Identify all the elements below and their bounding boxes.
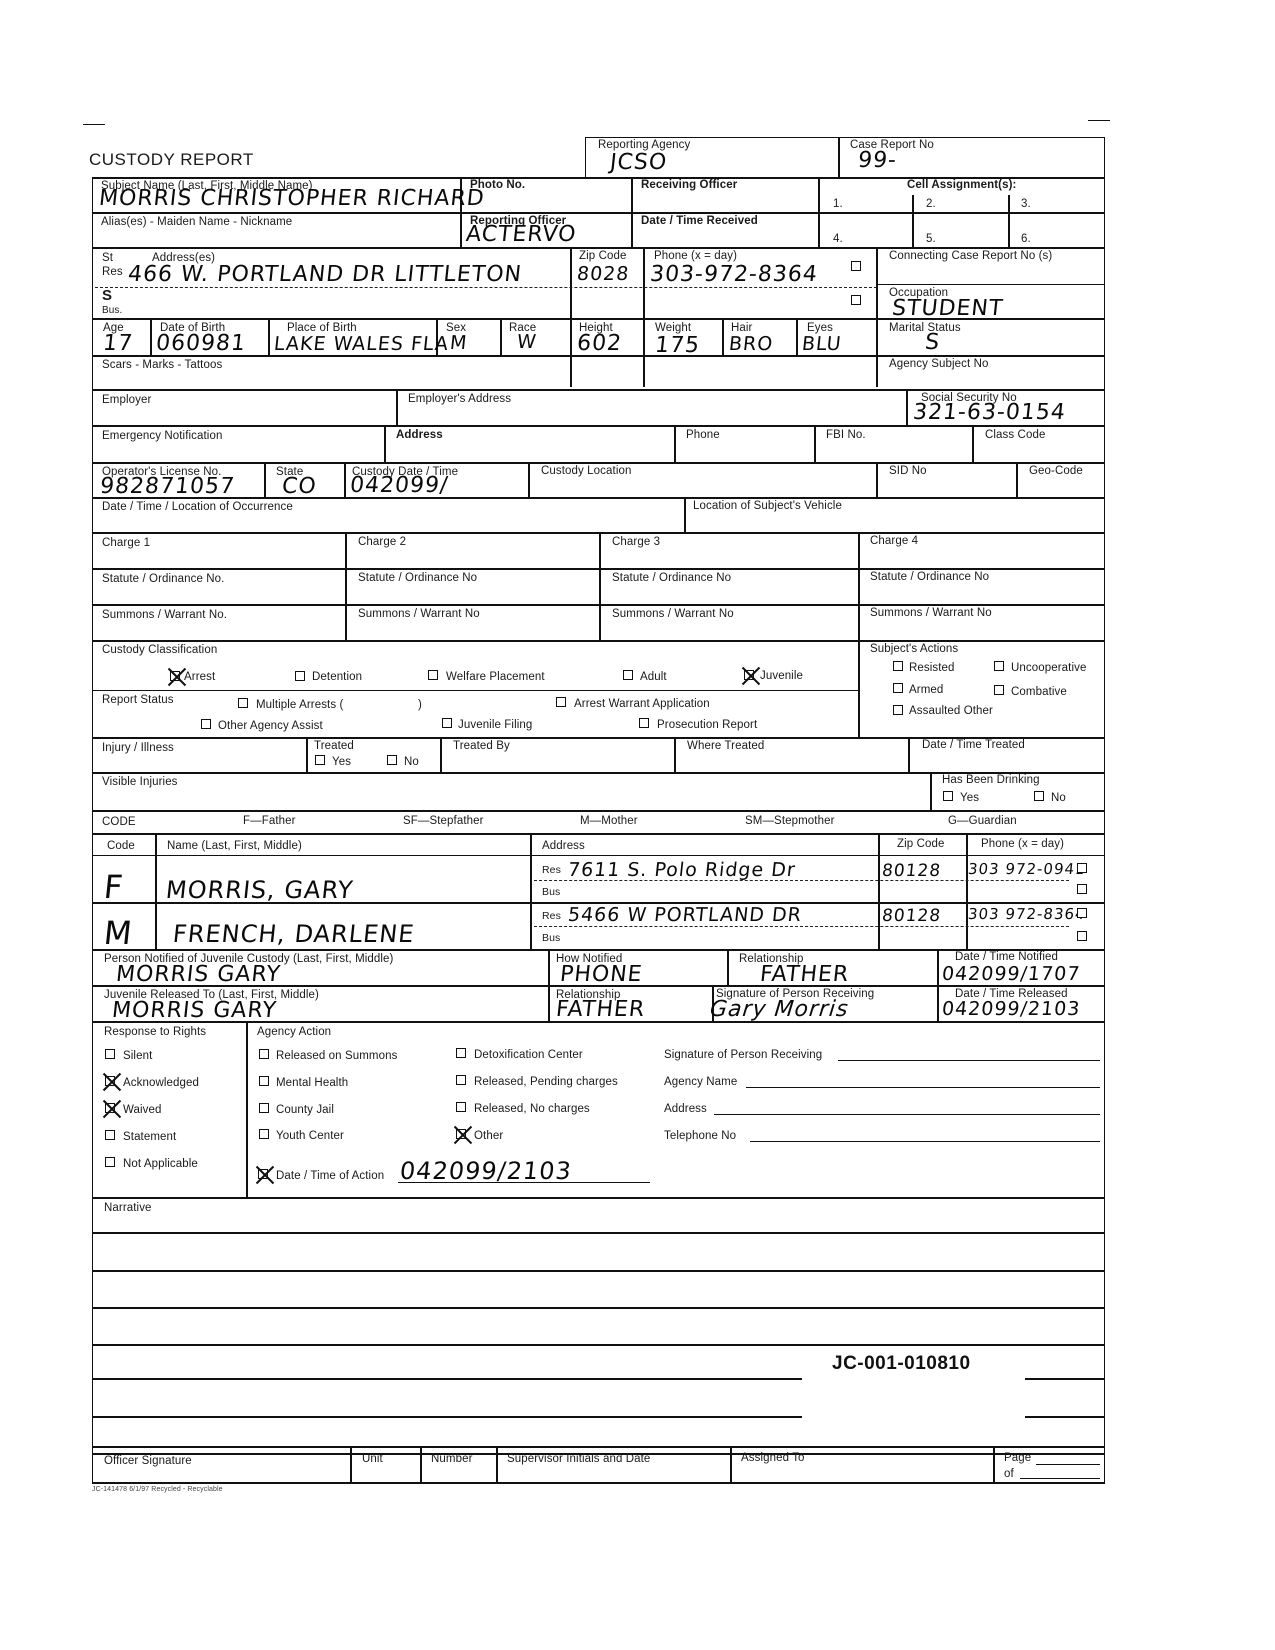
page-of-field[interactable] <box>1020 1478 1100 1479</box>
detox-center-label: Detoxification Center <box>474 1049 583 1061</box>
zip-label: Zip Code <box>579 250 626 262</box>
released-pending-label: Released, Pending charges <box>474 1076 618 1088</box>
contacts-zip-header: Zip Code <box>897 838 944 850</box>
hair-value[interactable]: BRO <box>728 333 775 355</box>
prosecution-report-label: Prosecution Report <box>657 719 757 731</box>
waived-checkbox[interactable] <box>105 1103 115 1113</box>
date-treated-label: Date / Time Treated <box>922 739 1025 751</box>
released-no-charges-checkbox[interactable] <box>456 1102 466 1112</box>
license-value[interactable]: 982871057 <box>99 474 237 499</box>
charge-1-label: Charge 1 <box>102 537 150 549</box>
silent-checkbox[interactable] <box>105 1049 115 1059</box>
charge-4-label: Charge 4 <box>870 535 918 547</box>
assigned-to-label: Assigned To <box>741 1452 805 1464</box>
assaulted-other-label: Assaulted Other <box>909 705 993 717</box>
treated-yes-checkbox[interactable] <box>315 755 325 765</box>
released-relationship-value[interactable]: FATHER <box>555 997 647 1022</box>
arrest-checkbox[interactable] <box>170 671 180 681</box>
geo-code-label: Geo-Code <box>1029 465 1083 477</box>
bus-label: Bus. <box>102 305 122 316</box>
date-notified-value[interactable]: 042099/1707 <box>941 963 1082 985</box>
subjects-actions-label: Subject's Actions <box>870 643 958 655</box>
charge-2-label: Charge 2 <box>358 536 406 548</box>
juvenile-label: Juvenile <box>760 670 803 682</box>
address-res-value[interactable]: 466 W. PORTLAND DR LITTLETON <box>127 262 524 287</box>
subject-name-value[interactable]: MORRIS CHRISTOPHER RICHARD <box>98 186 486 211</box>
drinking-no-checkbox[interactable] <box>1034 791 1044 801</box>
county-jail-label: County Jail <box>276 1104 334 1116</box>
treated-no-checkbox[interactable] <box>387 755 397 765</box>
resisted-label: Resisted <box>909 662 955 674</box>
reporting-officer-value[interactable]: ACTERVO <box>465 222 578 247</box>
phone-label: Phone (x = day) <box>654 250 737 262</box>
contact-1-res-value[interactable]: 7611 S. Polo Ridge Dr <box>567 859 797 881</box>
contact-2-res-day-checkbox[interactable] <box>1077 908 1087 918</box>
detention-checkbox[interactable] <box>295 671 305 681</box>
s-mark: S <box>102 287 112 304</box>
waived-label: Waived <box>123 1104 162 1116</box>
treated-by-label: Treated By <box>453 740 510 752</box>
custody-classification-label: Custody Classification <box>102 644 217 656</box>
statement-checkbox[interactable] <box>105 1130 115 1140</box>
not-applicable-checkbox[interactable] <box>105 1157 115 1167</box>
margin-mark <box>83 124 105 125</box>
resisted-checkbox[interactable] <box>893 661 903 671</box>
statute-3-label: Statute / Ordinance No <box>612 572 731 584</box>
narrative-label: Narrative <box>104 1202 152 1214</box>
contact-2-phone[interactable]: 303 972-8364 <box>967 905 1087 923</box>
contact-1-phone[interactable]: 303 972-0941 <box>967 860 1087 878</box>
statute-4-label: Statute / Ordinance No <box>870 571 989 583</box>
fbi-no-label: FBI No. <box>826 429 866 441</box>
state-value[interactable]: CO <box>281 474 318 499</box>
st-label: St <box>102 252 113 264</box>
youth-center-checkbox[interactable] <box>259 1129 269 1139</box>
code-stepmother: SM—Stepmother <box>745 815 835 827</box>
cell-6[interactable]: 6. <box>1021 233 1031 245</box>
agency-telephone-label: Telephone No <box>664 1130 736 1142</box>
contact-1-name[interactable]: MORRIS, GARY <box>165 876 355 904</box>
acknowledged-label: Acknowledged <box>123 1077 199 1089</box>
multiple-arrests-close: ) <box>418 699 422 711</box>
page-label: Page <box>1004 1452 1031 1464</box>
contact-2-zip[interactable]: 80128 <box>881 906 942 926</box>
combative-label: Combative <box>1011 686 1067 698</box>
contact-1-bus-label: Bus <box>542 886 560 898</box>
agency-name-label: Agency Name <box>664 1076 737 1088</box>
date-received-label: Date / Time Received <box>641 215 758 227</box>
pob-value[interactable]: LAKE WALES FLA <box>273 333 450 355</box>
released-pending-checkbox[interactable] <box>456 1075 466 1085</box>
multiple-arrests-label: Multiple Arrests ( <box>256 699 343 711</box>
drinking-no-label: No <box>1051 792 1066 804</box>
res-label: Res <box>102 266 123 278</box>
cell-1[interactable]: 1. <box>833 198 843 210</box>
juvenile-released-value[interactable]: MORRIS GARY <box>111 998 278 1023</box>
contact-2-res-label: Res <box>542 910 561 922</box>
warrant-3-label: Summons / Warrant No <box>612 608 734 620</box>
other-label: Other <box>474 1130 503 1142</box>
drinking-yes-label: Yes <box>960 792 979 804</box>
person-notified-value[interactable]: MORRIS GARY <box>115 962 282 987</box>
contact-1-code[interactable]: F <box>102 868 125 906</box>
number-label: Number <box>431 1453 473 1465</box>
contact-2-name[interactable]: FRENCH, DARLENE <box>172 920 416 948</box>
unit-label: Unit <box>362 1453 383 1465</box>
vehicle-location-label: Location of Subject's Vehicle <box>693 500 842 512</box>
prosecution-report-checkbox[interactable] <box>639 718 649 728</box>
juvenile-filing-label: Juvenile Filing <box>458 719 532 731</box>
occurrence-label: Date / Time / Location of Occurrence <box>102 501 293 513</box>
scars-label: Scars - Marks - Tattoos <box>102 359 222 371</box>
phone-day-checkbox[interactable] <box>851 261 861 271</box>
multiple-arrests-checkbox[interactable] <box>238 698 248 708</box>
margin-mark <box>1088 120 1110 121</box>
other-agency-assist-label: Other Agency Assist <box>218 720 323 732</box>
race-value[interactable]: W <box>516 331 538 353</box>
custody-location-label: Custody Location <box>541 465 631 477</box>
detention-label: Detention <box>312 671 362 683</box>
employer-address-label: Employer's Address <box>408 393 511 405</box>
welfare-placement-label: Welfare Placement <box>446 671 545 683</box>
contact-2-code[interactable]: M <box>102 914 135 952</box>
combative-checkbox[interactable] <box>994 685 1004 695</box>
contacts-code-header: Code <box>107 840 135 852</box>
armed-checkbox[interactable] <box>893 683 903 693</box>
statement-label: Statement <box>123 1131 176 1143</box>
ssn-value[interactable]: 321-63-0154 <box>912 400 1067 425</box>
not-applicable-label: Not Applicable <box>123 1158 198 1170</box>
report-status-label: Report Status <box>102 694 174 706</box>
date-of-action-value[interactable]: 042099/2103 <box>399 1157 574 1185</box>
agency-address-field[interactable] <box>714 1114 1100 1115</box>
custody-date-value[interactable]: 042099/ <box>349 473 450 498</box>
treated-label: Treated <box>314 740 354 752</box>
phone-value[interactable]: 303-972-8364 <box>649 262 819 287</box>
connecting-case-label: Connecting Case Report No (s) <box>889 250 1052 262</box>
agency-address-label: Address <box>664 1103 707 1115</box>
date-released-value[interactable]: 042099/2103 <box>941 998 1082 1020</box>
contacts-address-header: Address <box>542 840 585 852</box>
treated-yes-label: Yes <box>332 756 351 768</box>
cell-5[interactable]: 5. <box>926 233 936 245</box>
detox-center-checkbox[interactable] <box>456 1048 466 1058</box>
alias-label: Alias(es) - Maiden Name - Nickname <box>101 216 292 228</box>
code-guardian: G—Guardian <box>948 815 1017 827</box>
other-checkbox[interactable] <box>456 1129 466 1139</box>
marital-status-value[interactable]: S <box>924 330 942 355</box>
employer-label: Employer <box>102 394 151 406</box>
acknowledged-checkbox[interactable] <box>105 1076 115 1086</box>
height-value[interactable]: 602 <box>576 331 624 356</box>
arrest-label: Arrest <box>184 671 215 683</box>
assaulted-other-checkbox[interactable] <box>893 705 903 715</box>
zip-value[interactable]: 8028 <box>576 263 631 285</box>
juvenile-filing-checkbox[interactable] <box>442 718 452 728</box>
contact-2-bus-day-checkbox[interactable] <box>1077 931 1087 941</box>
dob-value[interactable]: 060981 <box>155 331 248 356</box>
uncooperative-checkbox[interactable] <box>994 661 1004 671</box>
contact-2-bus-label: Bus <box>542 932 560 944</box>
agency-telephone-field[interactable] <box>750 1141 1100 1142</box>
marital-status-label: Marital Status <box>889 322 961 334</box>
contact-1-res-label: Res <box>542 864 561 876</box>
agency-subject-label: Agency Subject No <box>889 358 989 370</box>
warrant-1-label: Summons / Warrant No. <box>102 609 227 621</box>
bus-phone-checkbox[interactable] <box>851 295 861 305</box>
silent-label: Silent <box>123 1050 152 1062</box>
agency-name-field[interactable] <box>746 1087 1100 1088</box>
form-title: CUSTODY REPORT <box>89 150 254 170</box>
mental-health-label: Mental Health <box>276 1077 348 1089</box>
code-stepfather: SF—Stepfather <box>403 815 484 827</box>
officer-signature-label: Officer Signature <box>104 1455 192 1467</box>
cell-2[interactable]: 2. <box>926 198 936 210</box>
contact-1-res-day-checkbox[interactable] <box>1077 863 1087 873</box>
armed-label: Armed <box>909 684 943 696</box>
mental-health-checkbox[interactable] <box>259 1076 269 1086</box>
adult-checkbox[interactable] <box>623 670 633 680</box>
photo-no-label: Photo No. <box>470 179 525 191</box>
statute-1-label: Statute / Ordinance No. <box>102 573 224 585</box>
contact-2-res-value[interactable]: 5466 W PORTLAND DR <box>567 904 803 926</box>
emergency-notification-label: Emergency Notification <box>102 430 222 442</box>
code-mother: M—Mother <box>580 815 638 827</box>
released-on-summons-label: Released on Summons <box>276 1050 397 1062</box>
charge-3-label: Charge 3 <box>612 536 660 548</box>
how-notified-value[interactable]: PHONE <box>559 962 644 987</box>
form-fineprint: JC-141478 6/1/97 Recycled - Recyclable <box>92 1486 223 1493</box>
warrant-4-label: Summons / Warrant No <box>870 607 992 619</box>
where-treated-label: Where Treated <box>687 740 764 752</box>
treated-no-label: No <box>404 756 419 768</box>
form-frame <box>92 177 1105 1482</box>
drinking-yes-checkbox[interactable] <box>943 791 953 801</box>
has-been-drinking-label: Has Been Drinking <box>942 774 1040 786</box>
code-legend-label: CODE <box>102 816 136 828</box>
date-of-action-checkbox[interactable] <box>258 1169 268 1179</box>
case-report-value[interactable]: 99- <box>857 148 899 173</box>
county-jail-checkbox[interactable] <box>259 1103 269 1113</box>
cell-3[interactable]: 3. <box>1021 198 1031 210</box>
uncooperative-label: Uncooperative <box>1011 662 1086 674</box>
contacts-name-header: Name (Last, First, Middle) <box>167 840 302 852</box>
released-no-charges-label: Released, No charges <box>474 1103 590 1115</box>
emergency-address-label: Address <box>396 429 443 441</box>
visible-injuries-label: Visible Injuries <box>102 776 178 788</box>
date-of-action-label: Date / Time of Action <box>276 1170 384 1182</box>
juvenile-checkbox[interactable] <box>744 670 754 680</box>
agency-signature-field[interactable] <box>838 1060 1100 1061</box>
document-id: JC-001-010810 <box>832 1353 971 1375</box>
sid-no-label: SID No <box>889 465 927 477</box>
released-on-summons-checkbox[interactable] <box>259 1049 269 1059</box>
other-agency-assist-checkbox[interactable] <box>201 719 211 729</box>
date-notified-label: Date / Time Notified <box>955 951 1058 963</box>
arrest-warrant-application-checkbox[interactable] <box>556 697 566 707</box>
sex-value[interactable]: M <box>449 332 469 354</box>
eyes-value[interactable]: BLU <box>801 333 843 355</box>
welfare-placement-checkbox[interactable] <box>428 670 438 680</box>
emergency-phone-label: Phone <box>686 429 720 441</box>
cell-assignment-label: Cell Assignment(s): <box>907 179 1016 191</box>
injury-illness-label: Injury / Illness <box>102 742 174 754</box>
age-value[interactable]: 17 <box>102 331 135 356</box>
contacts-phone-header: Phone (x = day) <box>981 838 1064 850</box>
receiving-officer-label: Receiving Officer <box>641 179 737 191</box>
signature-receiving-value[interactable]: Gary Morris <box>709 997 850 1022</box>
agency-signature-label: Signature of Person Receiving <box>664 1049 822 1061</box>
supervisor-initials-label: Supervisor Initials and Date <box>507 1453 650 1465</box>
page-field[interactable] <box>1036 1464 1100 1465</box>
response-to-rights-label: Response to Rights <box>104 1026 206 1038</box>
statute-2-label: Statute / Ordinance No <box>358 572 477 584</box>
reporting-agency-value[interactable]: JCSO <box>609 150 669 175</box>
class-code-label: Class Code <box>985 429 1045 441</box>
relationship-value[interactable]: FATHER <box>759 962 851 987</box>
warrant-2-label: Summons / Warrant No <box>358 608 480 620</box>
contact-1-zip[interactable]: 80128 <box>881 861 942 881</box>
adult-label: Adult <box>640 671 667 683</box>
agency-action-label: Agency Action <box>257 1026 331 1038</box>
arrest-warrant-application-label: Arrest Warrant Application <box>574 698 710 710</box>
page-of-label: of <box>1004 1468 1014 1480</box>
contact-1-bus-day-checkbox[interactable] <box>1077 884 1087 894</box>
cell-4[interactable]: 4. <box>833 233 843 245</box>
youth-center-label: Youth Center <box>276 1130 344 1142</box>
code-father: F—Father <box>243 815 296 827</box>
